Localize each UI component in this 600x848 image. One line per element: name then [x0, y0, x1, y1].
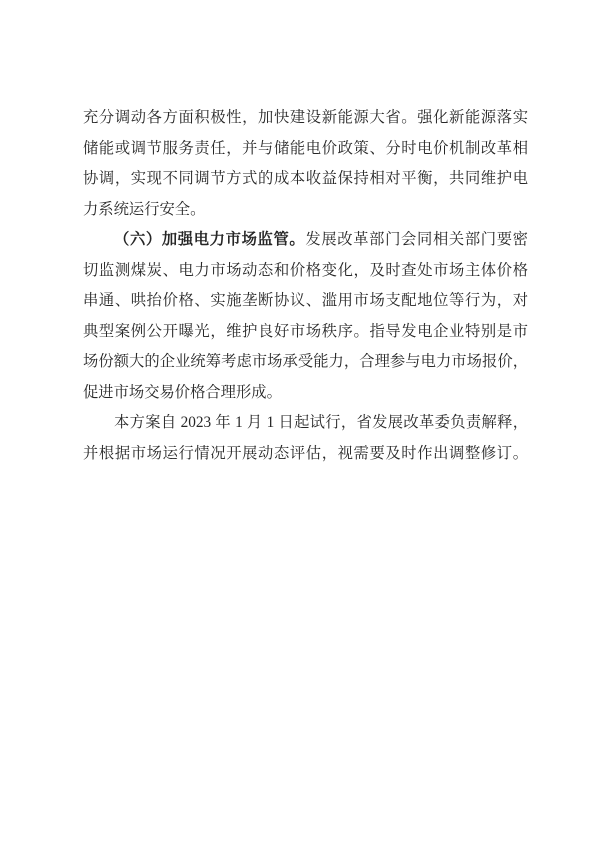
body-text: 促进市场交易价格合理形成。: [83, 384, 282, 401]
text-line: 本方案自 2023 年 1 月 1 日起试行，省发展改革委负责解释，: [83, 408, 528, 439]
text-line: 典型案例公开曝光，维护良好市场秩序。指导发电企业特别是市: [83, 317, 528, 348]
text-line: 串通、哄抬价格、实施垄断协议、滥用市场支配地位等行为，对: [83, 286, 528, 317]
text-line: 场份额大的企业统筹考虑市场承受能力，合理参与电力市场报价，: [83, 347, 528, 378]
body-text: 切监测煤炭、电力市场动态和价格变化，及时查处市场主体价格: [83, 262, 528, 279]
text-block: 充分调动各方面积极性，加快建设新能源大省。强化新能源落实储能或调节服务责任，并与…: [83, 103, 528, 469]
body-text: 场份额大的企业统筹考虑市场承受能力，合理参与电力市场报价，: [83, 353, 528, 370]
body-text: 串通、哄抬价格、实施垄断协议、滥用市场支配地位等行为，对: [83, 292, 528, 309]
text-line: 充分调动各方面积极性，加快建设新能源大省。强化新能源落实: [83, 103, 528, 134]
body-text: 充分调动各方面积极性，加快建设新能源大省。强化新能源落实: [83, 109, 528, 126]
text-line: 储能或调节服务责任，并与储能电价政策、分时电价机制改革相: [83, 134, 528, 165]
text-line: （六）加强电力市场监管。发展改革部门会同相关部门要密: [83, 225, 528, 256]
text-line: 协调，实现不同调节方式的成本收益保持相对平衡，共同维护电: [83, 164, 528, 195]
text-line: 并根据市场运行情况开展动态评估，视需要及时作出调整修订。: [83, 439, 528, 470]
body-text: 力系统运行安全。: [83, 201, 205, 218]
body-text: 发展改革部门会同相关部门要密: [305, 231, 528, 248]
text-line: 促进市场交易价格合理形成。: [83, 378, 528, 409]
body-text: 协调，实现不同调节方式的成本收益保持相对平衡，共同维护电: [83, 170, 528, 187]
text-line: 切监测煤炭、电力市场动态和价格变化，及时查处市场主体价格: [83, 256, 528, 287]
body-text: 典型案例公开曝光，维护良好市场秩序。指导发电企业特别是市: [83, 323, 528, 340]
body-text: 本方案自 2023 年 1 月 1 日起试行，省发展改革委负责解释，: [114, 414, 528, 431]
heading-bold-text: （六）加强电力市场监管。: [114, 231, 305, 248]
body-text: 储能或调节服务责任，并与储能电价政策、分时电价机制改革相: [83, 140, 528, 157]
body-text: 并根据市场运行情况开展动态评估，视需要及时作出调整修订。: [83, 445, 528, 462]
document-page: 充分调动各方面积极性，加快建设新能源大省。强化新能源落实储能或调节服务责任，并与…: [0, 0, 600, 848]
text-line: 力系统运行安全。: [83, 195, 528, 226]
